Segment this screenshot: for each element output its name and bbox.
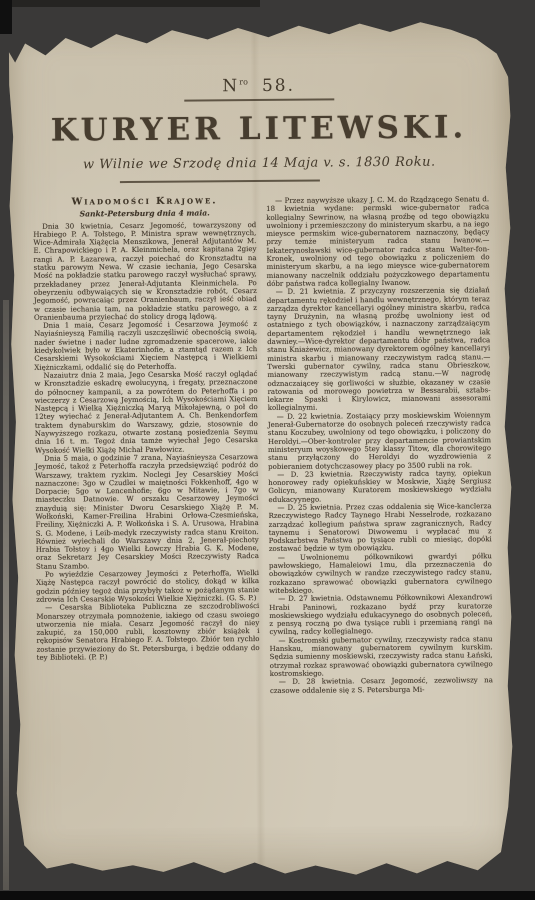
paragraph: — D. 23 kwietnia. Rzeczywisty radca tayn… [268, 469, 491, 504]
right-column-body: — Przez naywyższe ukazy J. C. M. do Rząd… [266, 195, 493, 695]
paragraph: — Uwolnionemu półkownikowi gwardyi półku… [269, 552, 492, 595]
paragraph: Nazaiutrz dnia 2 maia, Jego Cesarska Moś… [34, 370, 258, 455]
paragraph: — D. 25 kwietnia. Przez czas oddalenia s… [268, 502, 491, 554]
scan-bottom-black [0, 891, 535, 900]
paragraph: Dnia 1 maia, Cesarz Jegomość i Cesarzowa… [34, 320, 257, 372]
book-spine-edge [3, 300, 9, 890]
article-columns: Wiadomości Krajowe. Sankt-Petersburg dni… [6, 180, 517, 697]
paragraph: Dnia 30 kwietnia, Cesarz Jegomość, towar… [33, 221, 257, 322]
scan-corner-black [0, 0, 12, 34]
paragraph: — D. 28 kwietnia. Cesarz Jegomość, zezwo… [270, 676, 493, 694]
left-column-body: Dnia 30 kwietnia, Cesarz Jegomość, towar… [33, 221, 259, 662]
paragraph: — Cesarska Biblioteka Publiczna ze szczo… [36, 602, 259, 662]
masthead: Nro58. KURYER LITEWSKI. w Wilnie we Srzo… [5, 12, 513, 184]
issue-dateline: w Wilnie we Srzodę dnia 14 Maja v. s. 18… [6, 154, 513, 173]
column-left: Wiadomości Krajowe. Sankt-Petersburg dni… [33, 197, 260, 697]
paragraph: — Kostromski gubernator cywilny, rzeczyw… [269, 635, 492, 678]
column-right: — Przez naywyższe ukazy J. C. M. do Rząd… [266, 195, 493, 695]
newspaper-page: Nro58. KURYER LITEWSKI. w Wilnie we Srzo… [5, 12, 519, 880]
paragraph: — Przez naywyższe ukazy J. C. M. do Rząd… [266, 195, 490, 288]
paragraph: — D. 22 kwietnia. Zostaiący przy moskiew… [268, 411, 491, 471]
masthead-rule-top [184, 98, 334, 101]
paragraph: Po wyieździe Cesarzowey Jeymości z Peter… [36, 569, 259, 604]
newspaper-title: KURYER LITEWSKI. [5, 109, 512, 149]
paragraph: — D. 27 kwietnia. Odstawnemu Półkownikow… [269, 593, 492, 636]
paragraph: — D. 21 kwietnia. Z przyczyny rozszerzen… [267, 286, 491, 412]
scan-top-shadow [0, 0, 260, 7]
scan-background: Nro58. KURYER LITEWSKI. w Wilnie we Srzo… [0, 0, 535, 900]
paragraph: Dnia 5 maia, o godzinie 7 zrana, Nayiaśn… [35, 453, 259, 571]
issue-number: Nro58. [5, 74, 512, 98]
article-dateline: Sankt-Petersburg dnia 4 maia. [33, 209, 256, 219]
section-heading: Wiadomości Krajowe. [33, 197, 256, 207]
